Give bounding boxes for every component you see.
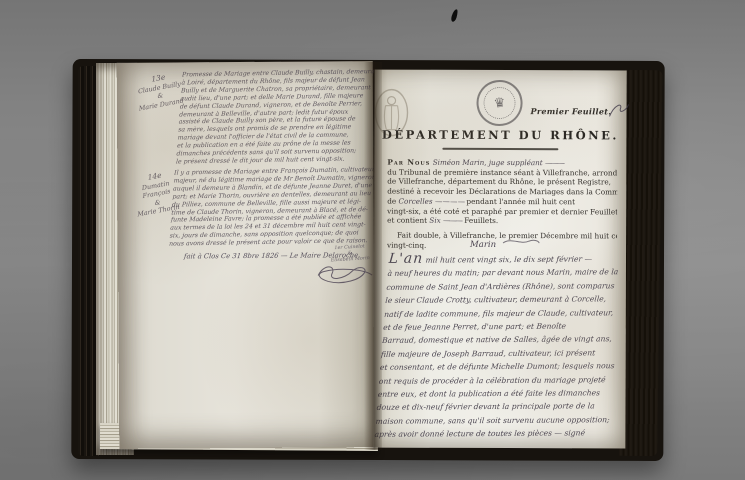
- crown-crest-icon: ♛: [482, 85, 518, 121]
- judge-signature-name: Marin: [470, 240, 496, 250]
- printed-fragment: de: [387, 196, 396, 205]
- fill-dashes: ———: [443, 216, 462, 225]
- commune-name-handwritten: Corcelles: [399, 196, 433, 205]
- folio-label: Premier Feuillet.: [530, 106, 611, 116]
- left-page: 13e Claude Builly & Marie Durand Promess…: [117, 61, 376, 449]
- par-nous-label: Par Nous: [387, 158, 430, 167]
- printed-fragment: pendant l'année mil huit cent: [466, 197, 575, 206]
- folio-count-handwritten: Six: [429, 216, 440, 225]
- printed-line: de Corcelles — — — — pendant l'année mil…: [387, 196, 617, 207]
- gutter-margin-note: 1er Cuinelot & Elisabeth Morin: [326, 244, 375, 265]
- folio-paraph-squiggle: [606, 100, 630, 124]
- manuscript-fragment: mil huit cent vingt six, le dix sept fév…: [425, 254, 592, 264]
- dust-mark: [450, 9, 458, 23]
- printed-line: et contient Six ——— Feuillets.: [387, 216, 617, 227]
- mayor-signature-flourish: [314, 259, 376, 289]
- round-ink-stamp: ♛: [474, 77, 526, 129]
- manuscript-entry-14: Il y a promesse de Mariage entre Françoi…: [169, 166, 375, 249]
- judge-signature: Marin: [470, 232, 541, 251]
- fill-dashes: ———: [545, 158, 564, 167]
- page-title: DÉPARTEMENT DU RHÔNE.: [374, 128, 626, 143]
- opening-flourish-word: L'an: [388, 251, 424, 267]
- printed-line: Par Nous Siméon Marin, juge suppléant ——…: [387, 158, 617, 169]
- photo-of-open-register: 13e Claude Builly & Marie Durand Promess…: [0, 0, 745, 480]
- manuscript-line: après avoir donné lecture de toutes les …: [374, 426, 617, 441]
- manuscript-line: le sieur Claude Crotty, cultivateur, dem…: [385, 292, 628, 307]
- fill-dashes: — — — —: [435, 197, 464, 206]
- manuscript-line: et consentant, et de défunte Michelle Du…: [379, 359, 622, 374]
- right-page: ♛ Premier Feuillet. DÉPARTEMENT DU RHÔNE…: [373, 70, 626, 449]
- manuscript-marriage-act: L'an mil huit cent vingt six, le dix sep…: [374, 251, 631, 441]
- manuscript-line: natif de ladite commune, fils majeur de …: [384, 306, 627, 321]
- manuscript-entry-13: Promesse de Mariage entre Claude Builly,…: [176, 68, 375, 166]
- printed-fragment: Feuillets.: [464, 216, 498, 225]
- printed-fragment: et contient: [387, 216, 427, 225]
- judge-name-handwritten: Siméon Marin, juge suppléant: [433, 158, 543, 167]
- title-divider: [442, 148, 558, 150]
